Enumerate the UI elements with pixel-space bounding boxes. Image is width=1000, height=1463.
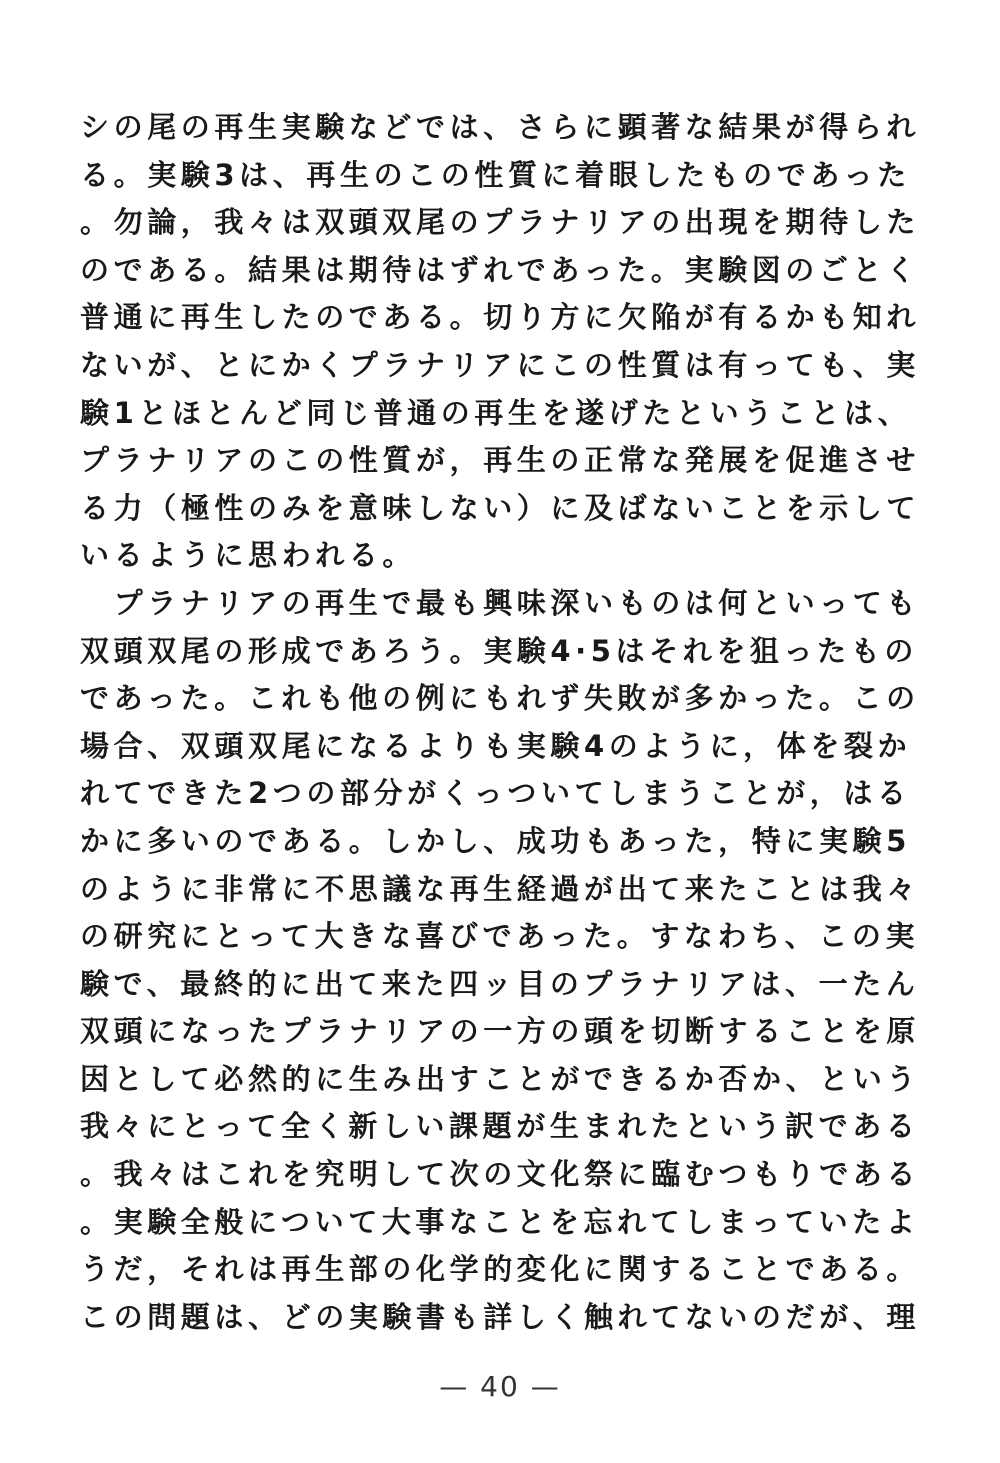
text-line: いるように思われる。 bbox=[80, 532, 910, 580]
text-line: 場合、双頭双尾になるよりも実験4のように，体を裂か bbox=[80, 723, 910, 771]
text-line: シの尾の再生実験などでは、さらに顕著な結果が得られ bbox=[80, 104, 910, 152]
text-line: 。我々はこれを究明して次の文化祭に臨むつもりである bbox=[80, 1151, 910, 1199]
text-line: 。勿論，我々は双頭双尾のプラナリアの出現を期待した bbox=[80, 199, 910, 247]
document-page: シの尾の再生実験などでは、さらに顕著な結果が得られ る。実験3は、再生のこの性質… bbox=[0, 0, 1000, 1463]
text-line: 。実験全般について大事なことを忘れてしまっていたよ bbox=[80, 1199, 910, 1247]
text-line: 双頭になったプラナリアの一方の頭を切断することを原 bbox=[80, 1008, 910, 1056]
text-line: 因として必然的に生み出すことができるか否か、という bbox=[80, 1056, 910, 1104]
text-line: の研究にとって大きな喜びであった。すなわち、この実 bbox=[80, 913, 910, 961]
text-line: かに多いのである。しかし、成功もあった，特に実験5 bbox=[80, 818, 910, 866]
text-line: のである。結果は期待はずれであった。実験図のごとく bbox=[80, 247, 910, 295]
text-line: うだ，それは再生部の化学的変化に関することである。 bbox=[80, 1246, 910, 1294]
text-line: 我々にとって全く新しい課題が生まれたという訳である bbox=[80, 1103, 910, 1151]
text-line: であった。これも他の例にもれず失敗が多かった。この bbox=[80, 675, 910, 723]
text-line: ないが、とにかくプラナリアにこの性質は有っても、実 bbox=[80, 342, 910, 390]
text-line: プラナリアの再生で最も興味深いものは何といっても bbox=[80, 580, 910, 628]
text-line: 双頭双尾の形成であろう。実験4·5はそれを狙ったもの bbox=[80, 628, 910, 676]
paragraph-1: シの尾の再生実験などでは、さらに顕著な結果が得られ る。実験3は、再生のこの性質… bbox=[80, 104, 910, 580]
text-line: る。実験3は、再生のこの性質に着眼したものであった bbox=[80, 152, 910, 200]
text-line: 験1とほとんど同じ普通の再生を遂げたということは、 bbox=[80, 390, 910, 438]
text-line: れてできた2つの部分がくっついてしまうことが，はる bbox=[80, 770, 910, 818]
body-text: シの尾の再生実験などでは、さらに顕著な結果が得られ る。実験3は、再生のこの性質… bbox=[80, 104, 910, 1341]
text-line: 験で、最終的に出て来た四ッ目のプラナリアは、一たん bbox=[80, 961, 910, 1009]
text-line: る力（極性のみを意味しない）に及ばないことを示して bbox=[80, 485, 910, 533]
text-line: 普通に再生したのである。切り方に欠陥が有るかも知れ bbox=[80, 294, 910, 342]
page-number: — 40 — bbox=[0, 1370, 1000, 1403]
paragraph-2: プラナリアの再生で最も興味深いものは何といっても 双頭双尾の形成であろう。実験4… bbox=[80, 580, 910, 1342]
text-line: この問題は、どの実験書も詳しく触れてないのだが、理 bbox=[80, 1294, 910, 1342]
text-line: のように非常に不思議な再生経過が出て来たことは我々 bbox=[80, 866, 910, 914]
text-line: プラナリアのこの性質が，再生の正常な発展を促進させ bbox=[80, 437, 910, 485]
